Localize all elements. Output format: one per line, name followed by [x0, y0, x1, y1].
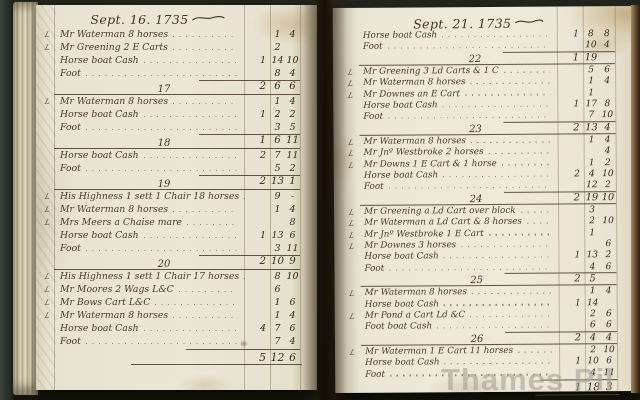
- ledger-book-photo: Sept. 16. 1735 LMr Waterman 8 horses14LM…: [0, 0, 640, 400]
- check-mark: L: [348, 149, 355, 158]
- amount-pence: 8: [599, 29, 615, 39]
- entry-description: Foot: [60, 336, 240, 347]
- entry-text: Foot: [60, 68, 81, 79]
- ledger-left-page: Sept. 16. 1735 LMr Waterman 8 horses14LM…: [36, 5, 317, 390]
- section-total-pounds: 1: [559, 52, 579, 63]
- dotted-leader: [443, 105, 551, 107]
- entry-text: Mr Bows Cart L&C: [60, 297, 150, 308]
- pen-flourish: [192, 14, 226, 22]
- entry-description: Mrs Meers a Chaise mare: [60, 217, 240, 228]
- amount-pence: 11: [285, 243, 300, 254]
- entry-text: Mr Waterman 8 horses: [364, 136, 466, 147]
- amount-shillings: 1: [270, 297, 285, 308]
- entry-text: Mr Moores 2 Wags L&C: [60, 284, 174, 295]
- dotted-leader: [521, 211, 551, 212]
- section-total-shillings: 4: [585, 332, 601, 343]
- dotted-leader: [86, 170, 237, 171]
- dotted-leader: [86, 250, 237, 251]
- amount-pence: 6: [285, 230, 300, 241]
- entry-description: Horse boat Cash: [60, 55, 240, 66]
- entry-text: Foot: [60, 336, 81, 347]
- entry-description: Foot: [60, 163, 240, 174]
- entry-text: Mr Greening a Ld Cart over block: [364, 206, 516, 217]
- section-total-shillings: 19: [583, 52, 599, 63]
- dotted-leader: [179, 291, 237, 292]
- ledger-entry-row: LMr Moores 2 Wags L&C6: [36, 283, 317, 296]
- amount-pence: 4: [285, 310, 300, 321]
- grand-total-shillings: 12: [270, 351, 285, 364]
- amount-shillings: 1: [584, 228, 600, 238]
- check-mark: L: [44, 272, 51, 281]
- entry-description: Horse boat Cash: [60, 323, 240, 334]
- entry-text: Horse boat Cash: [364, 252, 438, 263]
- entry-text: Foot boat Cash: [365, 322, 432, 332]
- amount-shillings: 10: [583, 41, 599, 51]
- check-mark: L: [44, 30, 51, 39]
- amount-pounds: 1: [561, 298, 581, 308]
- entry-text: Mr Waterman 8 horses: [363, 77, 465, 88]
- dotted-leader: [86, 129, 237, 130]
- entry-text: Horse boat Cash: [60, 109, 139, 120]
- amount-pence: 6: [601, 320, 617, 330]
- amount-shillings: 14: [585, 298, 601, 308]
- dotted-leader: [155, 304, 237, 305]
- ledger-entry-row: Foot35: [36, 121, 317, 134]
- entry-text: Foot: [365, 369, 385, 379]
- entry-description: Mr Moores 2 Wags L&C: [60, 284, 240, 295]
- amount-shillings: 1: [270, 96, 285, 107]
- entry-description: Foot: [60, 68, 240, 79]
- ledger-entry-row: Horse boat Cash11410: [36, 54, 317, 67]
- ledger-entry-row: Foot74: [36, 335, 317, 348]
- amount-pounds: 1: [560, 251, 580, 261]
- ledger-entry-row: Foot52: [36, 162, 317, 175]
- amount-shillings: 1: [583, 76, 599, 86]
- day-number: 22: [458, 54, 492, 65]
- watermark: Thames Pil: [441, 362, 615, 398]
- amount-shillings: 2: [585, 345, 601, 355]
- dotted-leader: [489, 234, 551, 236]
- entry-text: Mr Waterman 8 horses: [60, 204, 168, 215]
- ledger-entry-row: LHis Highness 1 sett 1 Chair 18 horses9-: [36, 190, 317, 203]
- check-mark: L: [347, 68, 354, 77]
- amount-shillings: 8: [270, 271, 285, 282]
- section-total-pence: 4: [601, 332, 617, 343]
- entry-text: Horse boat Cash: [364, 170, 438, 181]
- entry-text: Mr Greening 3 Ld Carts & 1 C: [363, 66, 499, 77]
- dotted-leader: [389, 268, 551, 270]
- entry-text: Foot: [60, 163, 81, 174]
- dotted-leader: [443, 175, 551, 177]
- amount-shillings: 9: [270, 191, 285, 202]
- amount-shillings: 2: [270, 109, 285, 120]
- dotted-leader: [86, 343, 237, 344]
- entry-text: His Highness 1 sett 1 Chair 17 horses: [60, 271, 239, 282]
- check-mark: L: [44, 205, 51, 214]
- check-mark: L: [44, 97, 51, 106]
- section-total-shillings: 19: [584, 192, 600, 203]
- ledger-entry-row: Horse boat Cash2711: [36, 149, 317, 162]
- amount-pence: 4: [285, 204, 300, 215]
- amount-shillings: 4: [584, 262, 600, 272]
- entry-text: Mr Downes an E Cart: [363, 89, 460, 100]
- entry-text: Foot: [60, 122, 81, 133]
- entry-description: Foot: [60, 122, 240, 133]
- amount-shillings: 12: [584, 181, 600, 191]
- amount-pence: 8: [285, 217, 300, 228]
- amount-shillings: 3: [270, 122, 285, 133]
- book-cover-edge: [0, 0, 14, 400]
- amount-pence: 10: [600, 216, 616, 226]
- section-total-pence: 10: [600, 192, 616, 203]
- entry-description: Mr Waterman 8 horses: [60, 204, 240, 215]
- section-total-pence: 4: [599, 122, 615, 133]
- dotted-leader: [472, 293, 552, 295]
- entry-text: Mr Jnº Westbroke 1 E Cart: [364, 229, 484, 240]
- entry-text: Mr Downs 1 E Cart & 1 horse: [364, 159, 497, 170]
- amount-shillings: 1: [583, 88, 599, 98]
- check-mark: L: [44, 192, 51, 201]
- entry-text: Mr Greening 2 E Carts: [60, 42, 168, 53]
- ledger-entry-row: Horse boat Cash122: [36, 108, 317, 121]
- dotted-leader: [388, 117, 550, 119]
- amount-shillings: 2: [270, 42, 285, 53]
- day-number: 19: [147, 179, 181, 190]
- check-mark: L: [44, 311, 51, 320]
- amount-pence: 2: [600, 158, 616, 168]
- entry-text: Mrs Meers a Chaise mare: [60, 217, 182, 228]
- entry-description: Mr Waterman 8 horses: [60, 310, 240, 321]
- entry-text: Foot: [60, 243, 81, 254]
- dotted-leader: [471, 83, 551, 85]
- section-total-pounds: 1: [246, 135, 266, 146]
- ledger-entry-row: LMr Bows Cart L&C16: [36, 296, 317, 309]
- entry-description: Mr Greening 2 E Carts: [60, 42, 240, 53]
- amount-pence: 10: [600, 169, 616, 179]
- ledger-entry-row: LMr Waterman 8 horses14: [36, 28, 317, 41]
- dotted-leader: [471, 141, 551, 143]
- section-total-pence: 11: [285, 135, 300, 146]
- dotted-leader: [173, 36, 237, 37]
- entry-text: Horse boat Cash: [60, 323, 139, 334]
- ledger-entry-row: Horse boat Cash1136: [36, 229, 317, 242]
- amount-pounds: 2: [246, 150, 266, 161]
- check-mark: L: [348, 138, 355, 147]
- amount-pence: 4: [600, 146, 616, 156]
- entry-text: Foot: [364, 263, 384, 273]
- entry-text: Horse boat Cash: [363, 100, 437, 111]
- entry-text: Mr Waterman 8 horses: [365, 287, 467, 298]
- amount-pence: 4: [599, 76, 615, 86]
- amount-pence: 11: [285, 150, 300, 161]
- amount-pence: 4: [285, 29, 300, 40]
- amount-shillings: 5: [270, 163, 285, 174]
- ledger-entry-row: Horse boat Cash476: [36, 322, 317, 335]
- dotted-leader: [173, 49, 237, 50]
- amount-shillings: 7: [270, 323, 285, 334]
- day-number: 17: [147, 84, 181, 95]
- check-mark: L: [349, 289, 356, 298]
- section-total-pounds: 2: [560, 192, 580, 203]
- amount-shillings: 2: [585, 309, 601, 319]
- amount-shillings: 1: [584, 158, 600, 168]
- section-total-shillings: 13: [270, 176, 285, 187]
- check-mark: L: [44, 218, 51, 227]
- check-mark: L: [349, 312, 356, 321]
- section-total-pence: 1: [285, 176, 300, 187]
- amount-pence: 2: [600, 250, 616, 260]
- dotted-leader: [144, 330, 237, 331]
- page-date-left: Sept. 16. 1735: [90, 12, 188, 27]
- amount-pence: 4: [285, 336, 300, 347]
- entry-text: Horse boat Cash: [60, 150, 139, 161]
- check-mark: L: [44, 285, 51, 294]
- amount-pounds: 1: [246, 55, 266, 66]
- section-total-pence: 9: [285, 256, 300, 267]
- section-total-pounds: 2: [559, 122, 579, 133]
- grand-total-rule-top: [186, 349, 300, 350]
- entry-description: His Highness 1 sett 1 Chair 17 horses: [60, 271, 240, 282]
- amount-shillings: 6: [585, 321, 601, 331]
- dotted-leader: [437, 327, 552, 329]
- entry-description: Mr Waterman 8 horses: [60, 96, 240, 107]
- day-number: 20: [147, 259, 181, 270]
- day-number: 18: [147, 138, 181, 149]
- day-number: 26: [460, 334, 494, 345]
- ledger-entry-row: Foot84: [36, 67, 317, 80]
- entry-text: Mr Waterman 1 E Cart 11 horses: [365, 346, 513, 357]
- ledger-entry-row: LHis Highness 1 sett 1 Chair 17 horses81…: [36, 270, 317, 283]
- dotted-leader: [244, 278, 250, 279]
- entry-description: Horse boat Cash: [60, 109, 240, 120]
- amount-pence: 5: [285, 122, 300, 133]
- section-total-shillings: 6: [270, 81, 285, 92]
- entry-text: Mr Jnº Westbroke 2 horses: [364, 147, 484, 158]
- page-date-heading: Sept. 16. 1735: [90, 12, 225, 27]
- dotted-leader: [442, 35, 550, 37]
- amount-pence: 4: [285, 96, 300, 107]
- check-mark: L: [349, 348, 356, 357]
- amount-pence: 2: [285, 163, 300, 174]
- entry-text: Mr Pond a Cart Ld &C: [365, 310, 465, 321]
- dotted-leader: [187, 224, 237, 225]
- entry-text: Foot: [364, 182, 384, 192]
- section-total-shillings: 5: [585, 273, 601, 284]
- pen-flourish: [514, 18, 544, 26]
- dotted-leader: [173, 211, 237, 212]
- amount-pence: 6: [285, 323, 300, 334]
- ledger-entry-row: LMr Waterman 8 horses14: [36, 309, 317, 322]
- entry-description: Horse boat Cash: [60, 230, 240, 241]
- amount-shillings: 7: [270, 336, 285, 347]
- section-total-shillings: 10: [270, 256, 285, 267]
- dotted-leader: [144, 157, 237, 158]
- amount-pence: 10: [285, 55, 300, 66]
- ledger-entry-row: Foot311: [36, 242, 317, 255]
- dotted-leader: [470, 315, 552, 317]
- section-total-pounds: 2: [246, 176, 266, 187]
- amount-pence: 10: [285, 271, 300, 282]
- entry-text: Mr Waterman a Ld Cart & 8 horses: [364, 217, 522, 228]
- ledger-entry-row: LMrs Meers a Chaise mare8: [36, 216, 317, 229]
- amount-pence: 10: [599, 110, 615, 120]
- amount-shillings: 7: [270, 150, 285, 161]
- check-mark: L: [348, 160, 355, 169]
- entry-text: Mr Waterman 8 horses: [60, 310, 168, 321]
- entry-description: Mr Bows Cart L&C: [60, 297, 240, 308]
- section-total-pounds: 2: [246, 81, 266, 92]
- grand-total-pounds: 5: [246, 351, 266, 364]
- dotted-leader: [502, 164, 551, 166]
- amount-pounds: 2: [560, 169, 580, 179]
- entry-text: His Highness 1 sett 1 Chair 18 horses: [60, 191, 239, 202]
- grand-total-rule-bottom: [131, 364, 302, 365]
- ledger-entry-row: LMr Waterman 8 horses14: [36, 203, 317, 216]
- check-mark: L: [348, 219, 355, 228]
- section-total-pence: 6: [285, 81, 300, 92]
- amount-shillings: 1: [585, 286, 601, 296]
- entry-text: Mr Waterman 8 horses: [60, 96, 168, 107]
- dotted-leader: [444, 257, 552, 259]
- page-edge-right: [631, 5, 640, 393]
- entry-text: Horse boat Cash: [60, 230, 139, 241]
- amount-pounds: 1: [246, 109, 266, 120]
- entry-description: His Highness 1 sett 1 Chair 18 horses: [60, 191, 240, 202]
- dotted-leader: [144, 62, 237, 63]
- amount-pence: 4: [599, 40, 615, 50]
- dotted-leader: [144, 237, 237, 238]
- amount-pounds: 1: [246, 230, 266, 241]
- check-mark: L: [347, 90, 354, 99]
- amount-pence: 2: [600, 180, 616, 190]
- amount-shillings: 5: [583, 65, 599, 75]
- section-total-pounds: 2: [561, 332, 581, 343]
- amount-shillings: 2: [584, 216, 600, 226]
- amount-pence: 8: [599, 99, 615, 109]
- amount-shillings: 13: [584, 251, 600, 261]
- dotted-leader: [86, 75, 237, 76]
- amount-pence: 4: [285, 68, 300, 79]
- entry-text: Horse boat Cash: [363, 30, 437, 41]
- dotted-leader: [244, 198, 250, 199]
- entry-description: Mr Waterman 8 horses: [60, 29, 240, 40]
- ledger-right-page: Sept. 21. 1735 Horse boat Cash188Foot104…: [333, 6, 636, 393]
- amount-pence: 6: [285, 297, 300, 308]
- day-number: 25: [460, 275, 494, 286]
- amount-shillings: 1: [584, 135, 600, 145]
- amount-shillings: 14: [270, 55, 285, 66]
- amount-shillings: 4: [584, 169, 600, 179]
- check-mark: L: [348, 208, 355, 217]
- amount-pence: 4: [600, 135, 616, 145]
- amount-shillings: 13: [270, 230, 285, 241]
- amount-shillings: 3: [270, 243, 285, 254]
- entry-text: Horse boat Cash: [365, 358, 439, 369]
- entry-text: Foot: [363, 112, 383, 122]
- section-total-shillings: 13: [583, 122, 599, 133]
- dotted-leader: [444, 304, 552, 306]
- amount-pence: 2: [285, 109, 300, 120]
- section-total-pounds: 2: [561, 274, 581, 285]
- amount-pence: 6: [599, 65, 615, 75]
- entry-text: Horse boat Cash: [60, 55, 139, 66]
- check-mark: L: [348, 230, 355, 239]
- dotted-leader: [388, 47, 550, 49]
- amount-pence: -: [285, 191, 300, 202]
- page-edge-stack: [13, 2, 38, 395]
- amount-shillings: 1: [270, 310, 285, 321]
- section-total-shillings: 6: [270, 135, 285, 146]
- dotted-leader: [518, 351, 552, 352]
- entry-text: Mr Downes 3 horses: [364, 240, 456, 251]
- amount-pence: 6: [601, 309, 617, 319]
- dotted-leader: [489, 153, 551, 155]
- amount-shillings: 3: [584, 205, 600, 215]
- dotted-leader: [504, 71, 550, 73]
- amount-shillings: 1: [270, 204, 285, 215]
- amount-pounds: 1: [559, 29, 579, 39]
- dotted-leader: [389, 187, 551, 189]
- amount-shillings: 8: [270, 68, 285, 79]
- ledger-entry-row: LMr Waterman 8 horses14: [36, 95, 317, 108]
- grand-total-pence: 6: [285, 351, 300, 364]
- entry-text: Horse boat Cash: [365, 299, 439, 310]
- amount-pence: 6: [600, 239, 616, 249]
- amount-pounds: 1: [559, 99, 579, 109]
- amount-shillings: 6: [270, 284, 285, 295]
- check-mark: L: [348, 242, 355, 251]
- amount-shillings: 7: [583, 111, 599, 121]
- amount-pounds: 4: [246, 323, 266, 334]
- amount-shillings: 17: [583, 99, 599, 109]
- amount-pence: 4: [601, 286, 617, 296]
- dotted-leader: [465, 94, 550, 96]
- dotted-leader: [527, 223, 551, 224]
- dotted-leader: [461, 245, 551, 247]
- amount-pence: 10: [601, 345, 617, 355]
- day-number: 23: [458, 124, 492, 135]
- dotted-leader: [173, 103, 237, 104]
- check-mark: L: [44, 298, 51, 307]
- ledger-entry-row: LMr Greening 2 E Carts2: [36, 41, 317, 54]
- dotted-leader: [144, 116, 237, 117]
- check-mark: L: [44, 43, 51, 52]
- section-total-pounds: 2: [246, 256, 266, 267]
- entry-text: Foot: [363, 42, 383, 52]
- check-mark: L: [347, 79, 354, 88]
- amount-pence: 6: [600, 262, 616, 272]
- entry-description: Foot: [60, 243, 240, 254]
- amount-shillings: 8: [583, 29, 599, 39]
- day-number: 24: [459, 194, 493, 205]
- dotted-leader: [173, 317, 237, 318]
- amount-shillings: 1: [270, 29, 285, 40]
- entry-description: Horse boat Cash: [60, 150, 240, 161]
- entry-text: Mr Waterman 8 horses: [60, 29, 168, 40]
